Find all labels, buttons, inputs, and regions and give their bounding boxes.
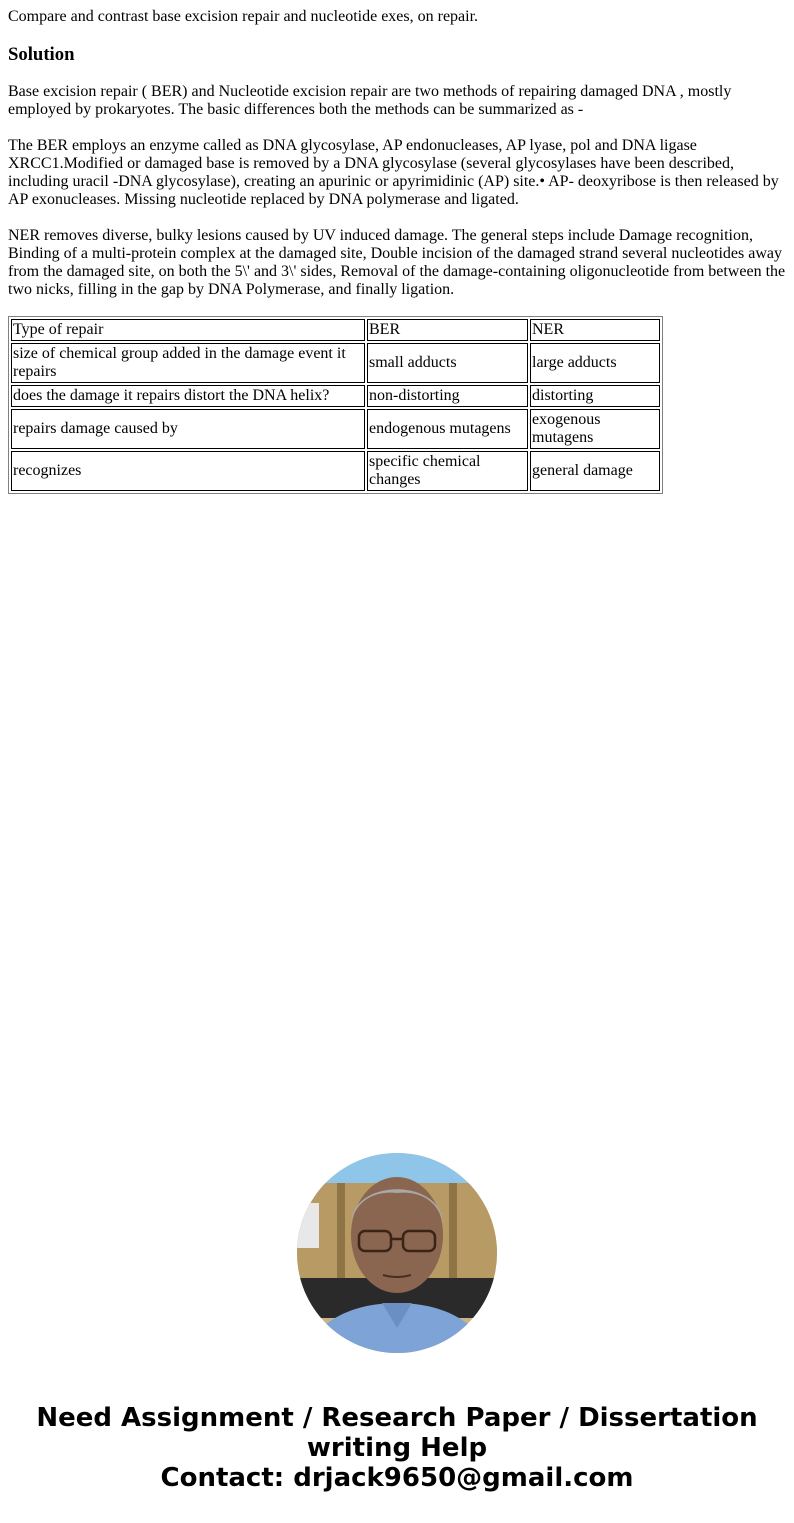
table-cell: small adducts bbox=[367, 343, 528, 383]
table-cell: specific chemical changes bbox=[367, 451, 528, 491]
table-cell: does the damage it repairs distort the D… bbox=[11, 385, 365, 407]
promo-contact: Contact: drjack9650@gmail.com bbox=[0, 1463, 794, 1493]
solution-heading: Solution bbox=[8, 44, 786, 66]
table-row: Type of repair BER NER bbox=[11, 319, 660, 341]
document-body: Compare and contrast base excision repai… bbox=[0, 8, 794, 494]
table-row: size of chemical group added in the dama… bbox=[11, 343, 660, 383]
table-cell: distorting bbox=[530, 385, 660, 407]
table-cell: large adducts bbox=[530, 343, 660, 383]
table-cell: endogenous mutagens bbox=[367, 409, 528, 449]
table-cell: repairs damage caused by bbox=[11, 409, 365, 449]
promo-line: Need Assignment / Research Paper / Disse… bbox=[0, 1403, 794, 1433]
table-row: does the damage it repairs distort the D… bbox=[11, 385, 660, 407]
promo-line: writing Help bbox=[0, 1433, 794, 1463]
table-cell: general damage bbox=[530, 451, 660, 491]
person-photo-icon bbox=[297, 1153, 497, 1353]
table-cell: Type of repair bbox=[11, 319, 365, 341]
promo-banner: Need Assignment / Research Paper / Disse… bbox=[0, 1403, 794, 1493]
question-text: Compare and contrast base excision repai… bbox=[8, 8, 786, 26]
intro-paragraph: Base excision repair ( BER) and Nucleoti… bbox=[8, 83, 786, 119]
table-cell: NER bbox=[530, 319, 660, 341]
ner-paragraph: NER removes diverse, bulky lesions cause… bbox=[8, 227, 786, 299]
comparison-table: Type of repair BER NER size of chemical … bbox=[8, 316, 663, 494]
table-cell: size of chemical group added in the dama… bbox=[11, 343, 365, 383]
table-cell: BER bbox=[367, 319, 528, 341]
table-cell: recognizes bbox=[11, 451, 365, 491]
table-row: recognizes specific chemical changes gen… bbox=[11, 451, 660, 491]
table-cell: non-distorting bbox=[367, 385, 528, 407]
author-avatar bbox=[297, 1153, 497, 1353]
ber-paragraph: The BER employs an enzyme called as DNA … bbox=[8, 137, 786, 209]
table-row: repairs damage caused by endogenous muta… bbox=[11, 409, 660, 449]
table-cell: exogenous mutagens bbox=[530, 409, 660, 449]
